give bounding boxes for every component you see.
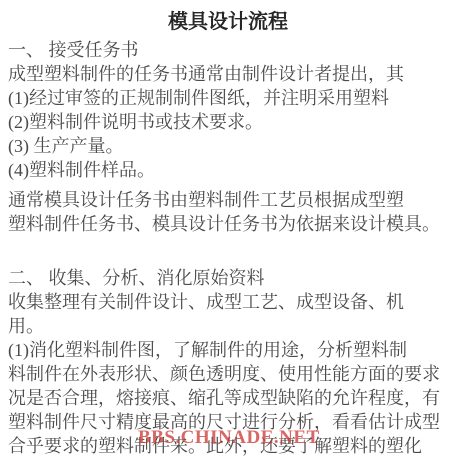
section1-paragraph-line1: 通常模具设计任务书由塑料制件工艺员根据成型塑 xyxy=(8,188,456,212)
section2-heading: 二、 收集、分析、消化原始资料 xyxy=(8,266,456,290)
section2-item1-line4: 塑料制件尺寸精度最高的尺寸进行分析，看看估计成型 xyxy=(8,410,456,434)
section2-item1-line3: 况是否合理，熔接痕、缩孔等成型缺陷的允许程度，有 xyxy=(8,386,456,410)
section1-item-4: (4)塑料制件样品。 xyxy=(8,158,456,182)
section1-item-1: (1)经过审签的正规制制件图纸，并注明采用塑料 xyxy=(8,86,456,110)
section1-heading: 一、 接受任务书 xyxy=(8,38,456,62)
section-accept-task: 一、 接受任务书 成型塑料制件的任务书通常由制件设计者提出，其 (1)经过审签的… xyxy=(8,38,456,236)
document-page: 模具设计流程 一、 接受任务书 成型塑料制件的任务书通常由制件设计者提出，其 (… xyxy=(0,0,456,460)
section2-item1-line1: (1)消化塑料制件图，了解制件的用途，分析塑料制 xyxy=(8,338,456,362)
page-title: 模具设计流程 xyxy=(8,9,448,35)
section-divider-space xyxy=(8,236,456,266)
section-collect-analyze: 二、 收集、分析、消化原始资料 收集整理有关制件设计、成型工艺、成型设备、机 用… xyxy=(8,266,456,458)
section2-paragraph-line2: 用。 xyxy=(8,314,456,338)
section1-paragraph-line2: 塑料制件任务书、模具设计任务书为依据来设计模具。 xyxy=(8,212,456,236)
section1-intro: 成型塑料制件的任务书通常由制件设计者提出，其 xyxy=(8,62,456,86)
section1-item-2: (2)塑料制件说明书或技术要求。 xyxy=(8,110,456,134)
section1-item-3: (3) 生产产量。 xyxy=(8,134,456,158)
section2-item1-line5: 合乎要求的塑料制件来。此外，还要了解塑料的塑化 xyxy=(8,434,456,458)
document-content: 模具设计流程 一、 接受任务书 成型塑料制件的任务书通常由制件设计者提出，其 (… xyxy=(0,0,456,458)
section2-paragraph-line1: 收集整理有关制件设计、成型工艺、成型设备、机 xyxy=(8,290,456,314)
section2-item1-line2: 料制件在外表形状、颜色透明度、使用性能方面的要求 xyxy=(8,362,456,386)
